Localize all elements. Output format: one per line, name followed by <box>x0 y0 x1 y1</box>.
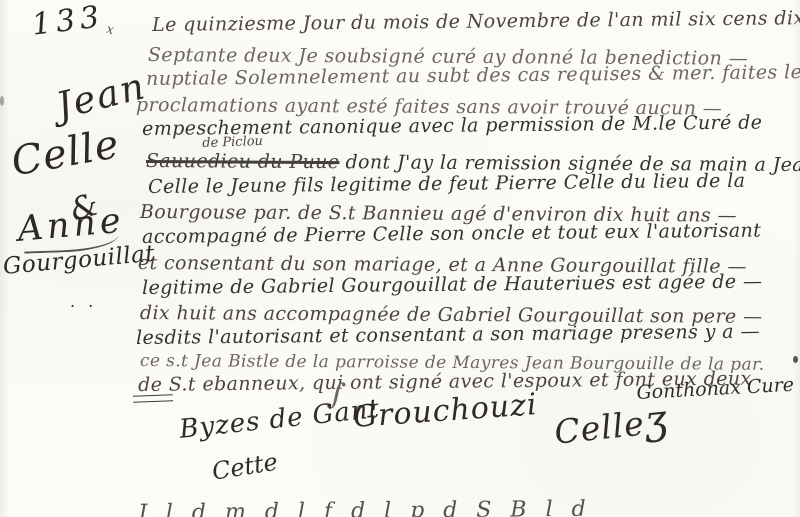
edge-ink-speck-left <box>0 96 4 106</box>
manuscript-page: 133 x Jean Celle & Anne Gourgouillat . .… <box>0 0 800 517</box>
signature-witness-2: Grouchouzi <box>352 387 539 435</box>
margin-pen-mark: x <box>105 22 115 38</box>
struck-out-text: Sauuedieu du Puue <box>146 150 340 173</box>
margin-name-groom-last: Celle <box>8 121 123 185</box>
body-line-7: Celle le Jeune fils legitime de feut Pie… <box>148 170 746 198</box>
margin-dots: . . <box>70 292 97 311</box>
signature-groom-flourish: ʒ <box>642 396 670 444</box>
body-line-11: legitime de Gabriel Gourgouillat de Haut… <box>142 271 762 299</box>
signature-groom: Celleʒ <box>552 396 670 454</box>
double-underline-mark <box>133 394 173 402</box>
entry-number: 133 <box>30 0 106 43</box>
interlinear-correction: de Piclou <box>202 134 263 151</box>
next-entry-partial-line: J l d m d l f d l p d S B l d <box>138 495 778 517</box>
signature-groom-name: Celle <box>553 404 647 452</box>
signature-extra: Cette <box>210 448 280 486</box>
signature-witness-1: Byzes de Gant <box>178 394 381 445</box>
body-line-1: Le quinziesme Jour du mois de Novembre d… <box>152 7 800 36</box>
edge-ink-speck-right <box>793 356 798 363</box>
body-line-13: lesdits l'autorisant et consentant a son… <box>136 320 760 349</box>
body-line-9: accompagné de Pierre Celle son oncle et … <box>142 220 761 248</box>
